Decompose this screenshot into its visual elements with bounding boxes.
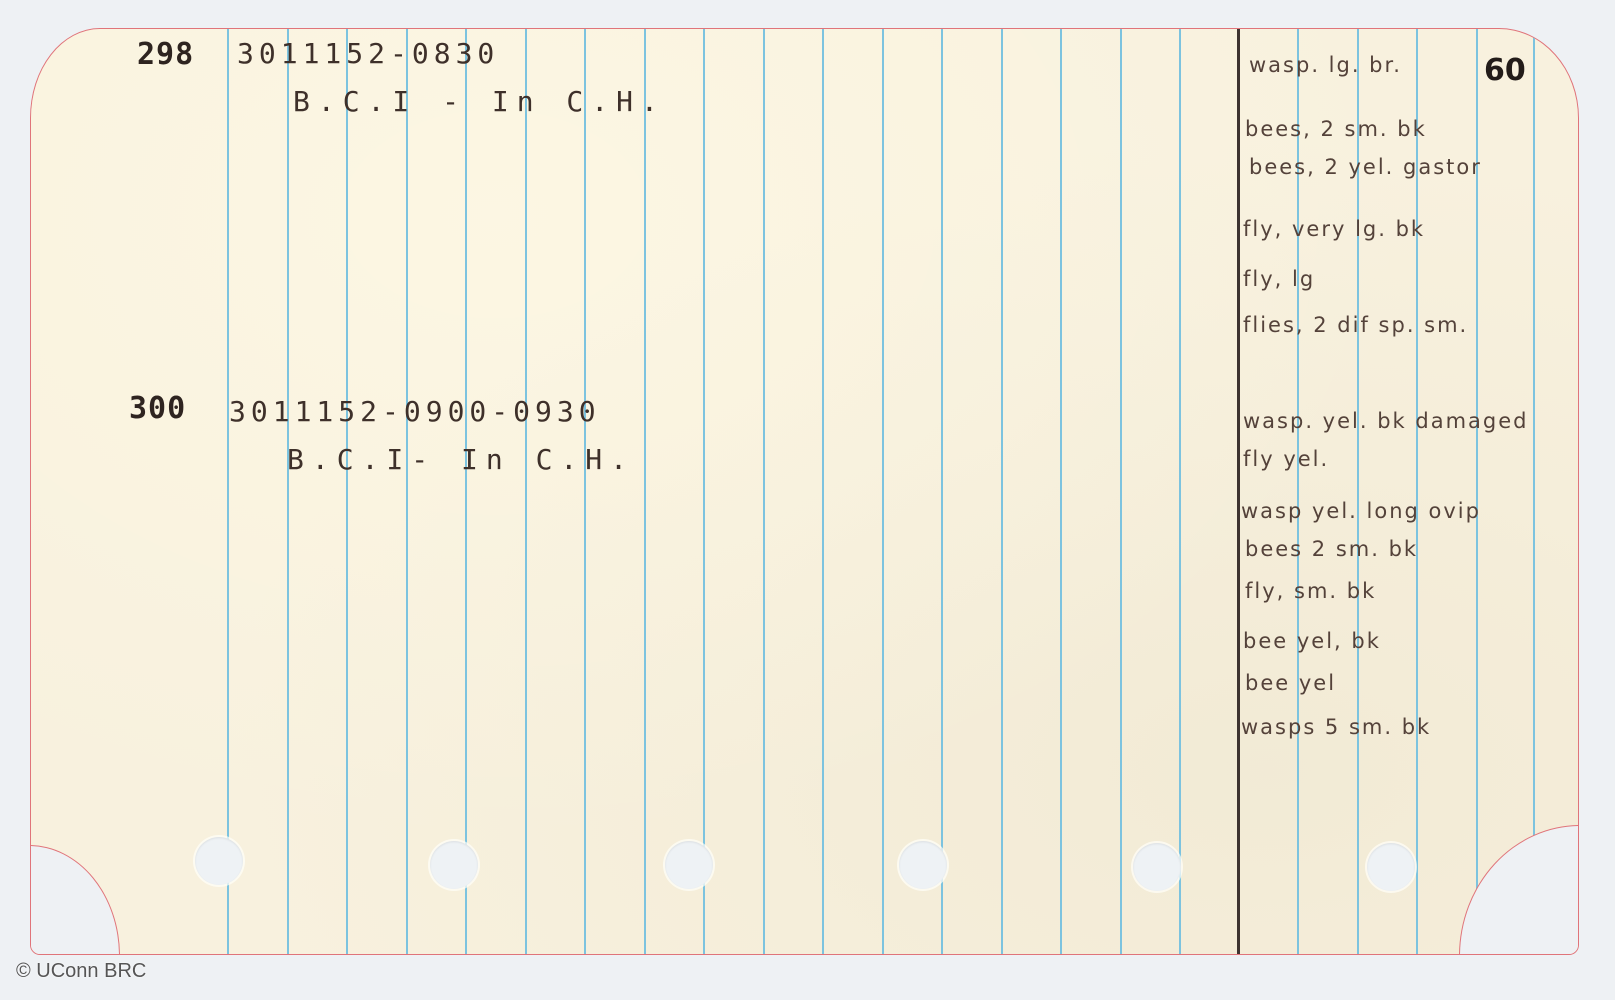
rule-line: [1179, 29, 1181, 954]
specimen-line: wasp. yel. bk damaged: [1243, 409, 1528, 433]
punch-hole: [899, 841, 947, 889]
rule-line: [465, 29, 467, 954]
rule-line: [525, 29, 527, 954]
rule-line: [346, 29, 348, 954]
punch-hole: [1367, 843, 1415, 891]
rule-line: [1120, 29, 1122, 954]
punch-hole: [1133, 843, 1181, 891]
entry-code: 3011152-0900-0930: [229, 395, 601, 428]
rule-line: [227, 29, 229, 954]
rule-line: [1001, 29, 1003, 954]
rule-line: [941, 29, 943, 954]
rule-line: [1533, 29, 1535, 954]
entry-location: B.C.I - In C.H.: [293, 85, 666, 118]
rule-line: [882, 29, 884, 954]
page-number: 60: [1484, 53, 1526, 88]
specimen-line: bees 2 sm. bk: [1245, 537, 1418, 561]
rule-line: [584, 29, 586, 954]
punch-hole: [195, 837, 243, 885]
specimen-line: wasp yel. long ovip: [1241, 499, 1481, 523]
rule-line: [763, 29, 765, 954]
specimen-line: fly yel.: [1243, 447, 1329, 471]
punch-hole: [430, 841, 478, 889]
entry-number: 300: [129, 391, 186, 426]
column-divider: [1237, 29, 1240, 954]
rule-line: [822, 29, 824, 954]
specimen-line: bee yel: [1245, 671, 1336, 695]
entry-number: 298: [137, 37, 194, 72]
rule-line: [644, 29, 646, 954]
specimen-line: wasp. lg. br.: [1249, 53, 1402, 77]
index-card: 298 3011152-0830 B.C.I - In C.H. 300 301…: [30, 28, 1579, 955]
entry-location: B.C.I- In C.H.: [287, 443, 635, 476]
rule-line: [1060, 29, 1062, 954]
specimen-line: bees, 2 yel. gastor: [1249, 155, 1482, 179]
specimen-line: bees, 2 sm. bk: [1245, 117, 1427, 141]
specimen-line: flies, 2 dif sp. sm.: [1243, 313, 1468, 337]
specimen-line: fly, sm. bk: [1245, 579, 1376, 603]
specimen-line: wasps 5 sm. bk: [1241, 715, 1431, 739]
specimen-line: fly, lg: [1243, 267, 1315, 291]
specimen-line: fly, very lg. bk: [1243, 217, 1425, 241]
rule-line: [703, 29, 705, 954]
entry-code: 3011152-0830: [237, 37, 499, 70]
rule-line: [287, 29, 289, 954]
rule-line: [406, 29, 408, 954]
copyright-notice: © UConn BRC: [16, 960, 146, 983]
specimen-line: bee yel, bk: [1243, 629, 1381, 653]
punch-hole: [665, 841, 713, 889]
card-corner-bottom-left: [30, 845, 120, 955]
